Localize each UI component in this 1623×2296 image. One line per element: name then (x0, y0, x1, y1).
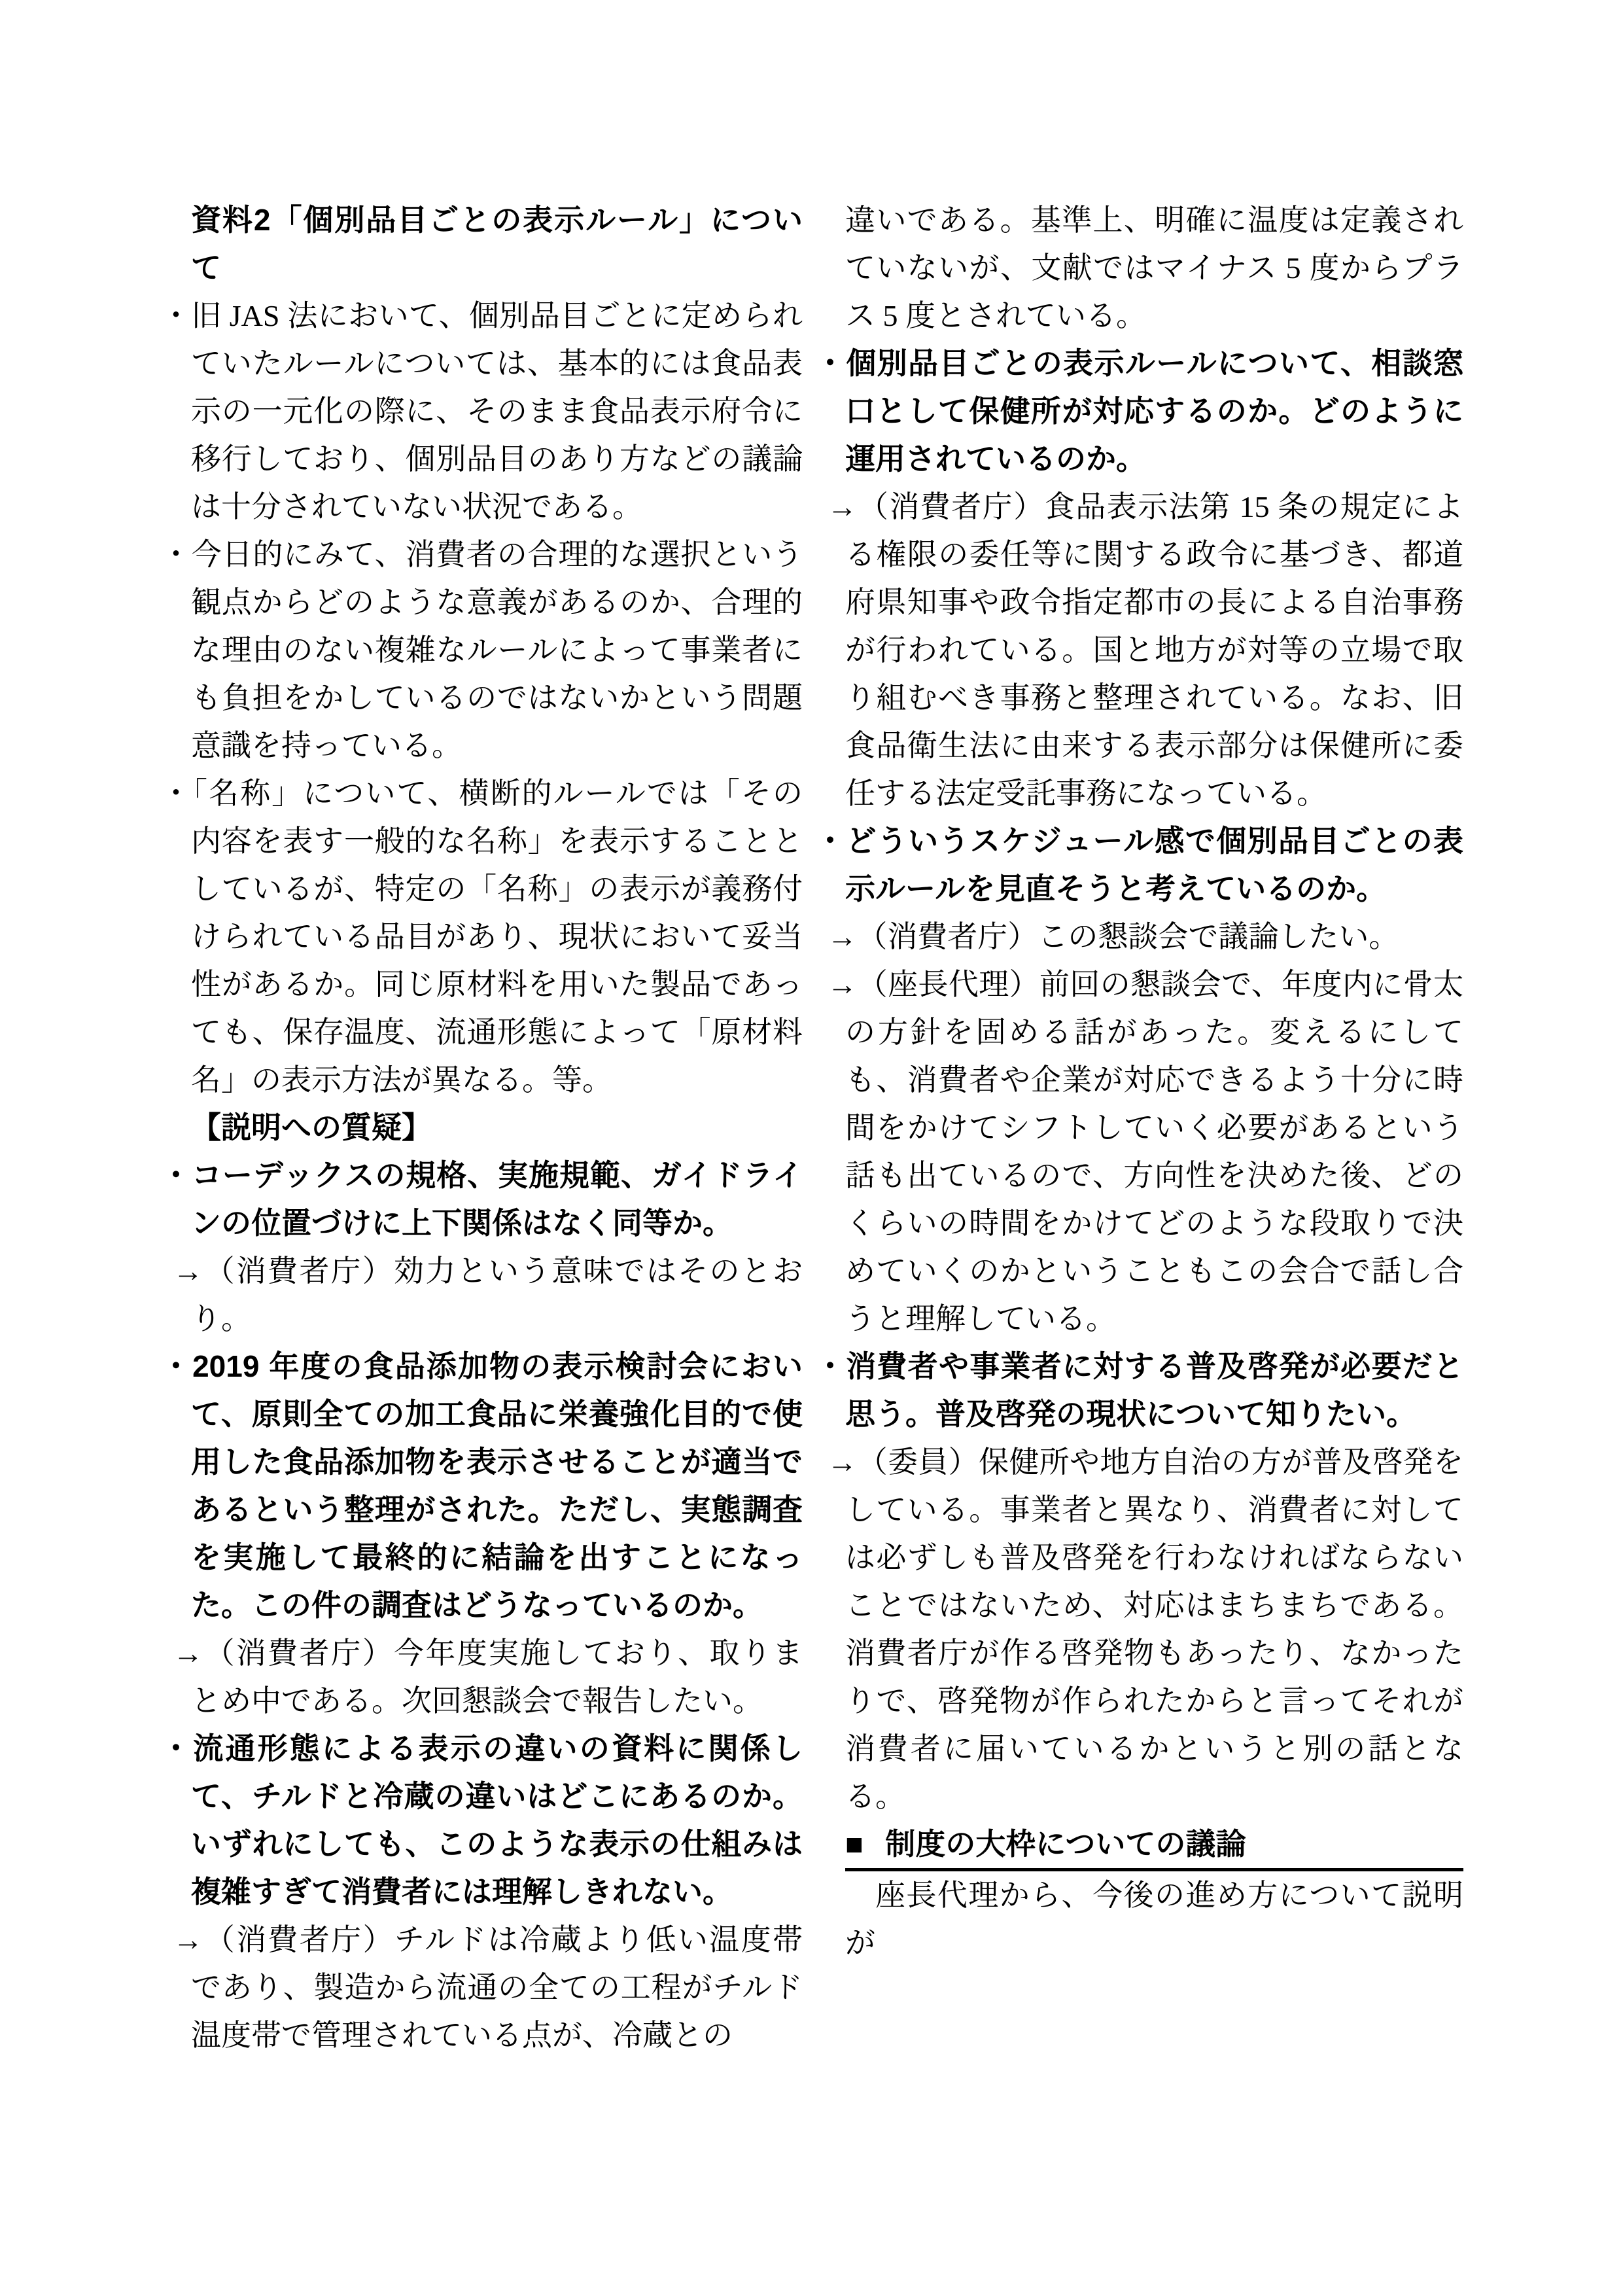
document-title: 資料2「個別品目ごとの表示ルール」について (191, 196, 803, 292)
answer-paragraph: →（委員）保健所や地方自治の方が普及啓発をしている。事業者と異なり、消費者に対し… (845, 1438, 1463, 1820)
black-square-marker-icon: ■ (845, 1820, 864, 1868)
closing-paragraph: 座長代理から、今後の進め方について説明が (845, 1871, 1463, 1967)
summary-bullet: ・旧 JAS 法において、個別品目ごとに定められていたルールについては、基本的に… (191, 292, 803, 531)
answer-paragraph: →（消費者庁）この懇談会で議論したい。 (845, 913, 1463, 961)
question-bullet: ・2019 年度の食品添加物の表示検討会において、原則全ての加工食品に栄養強化目… (191, 1343, 803, 1629)
answer-paragraph: →（座長代理）前回の懇談会で、年度内に骨太の方針を固める話があった。変えるにして… (845, 961, 1463, 1343)
section-heading: ■ 制度の大枠についての議論 (845, 1820, 1463, 1871)
question-bullet: ・個別品目ごとの表示ルールについて、相談窓口として保健所が対応するのか。どのよう… (845, 340, 1463, 483)
summary-bullet: ・「名称」について、横断的ルールでは「その内容を表す一般的な名称」を表示すること… (191, 769, 803, 1104)
document-page: 資料2「個別品目ごとの表示ルール」について ・旧 JAS 法において、個別品目ご… (0, 0, 1623, 2296)
question-bullet: ・どういうスケジュール感で個別品目ごとの表示ルールを見直そうと考えているのか。 (845, 817, 1463, 913)
question-bullet: ・消費者や事業者に対する普及啓発が必要だと思う。普及啓発の現状について知りたい。 (845, 1343, 1463, 1438)
qa-section-heading: 【説明への質疑】 (191, 1104, 803, 1152)
left-column: 資料2「個別品目ごとの表示ルール」について ・旧 JAS 法において、個別品目ご… (191, 196, 803, 2059)
answer-paragraph: →（消費者庁）効力という意味ではそのとおり。 (191, 1247, 803, 1343)
answer-paragraph: →（消費者庁）チルドは冷蔵より低い温度帯であり、製造から流通の全ての工程がチルド… (191, 1916, 803, 2059)
right-column: 違いである。基準上、明確に温度は定義されていないが、文献ではマイナス 5 度から… (845, 196, 1463, 1967)
answer-continuation: 違いである。基準上、明確に温度は定義されていないが、文献ではマイナス 5 度から… (845, 196, 1463, 340)
question-bullet: ・コーデックスの規格、実施規範、ガイドラインの位置づけに上下関係はなく同等か。 (191, 1152, 803, 1247)
section-heading-label: 制度の大枠についての議論 (885, 1827, 1246, 1861)
answer-paragraph: →（消費者庁）今年度実施しており、取りまとめ中である。次回懇談会で報告したい。 (191, 1629, 803, 1725)
summary-bullet: ・今日的にみて、消費者の合理的な選択という観点からどのような意義があるのか、合理… (191, 531, 803, 769)
question-bullet: ・流通形態による表示の違いの資料に関係して、チルドと冷蔵の違いはどこにあるのか。… (191, 1725, 803, 1916)
answer-paragraph: →（消費者庁）食品表示法第 15 条の規定による権限の委任等に関する政令に基づき… (845, 483, 1463, 817)
